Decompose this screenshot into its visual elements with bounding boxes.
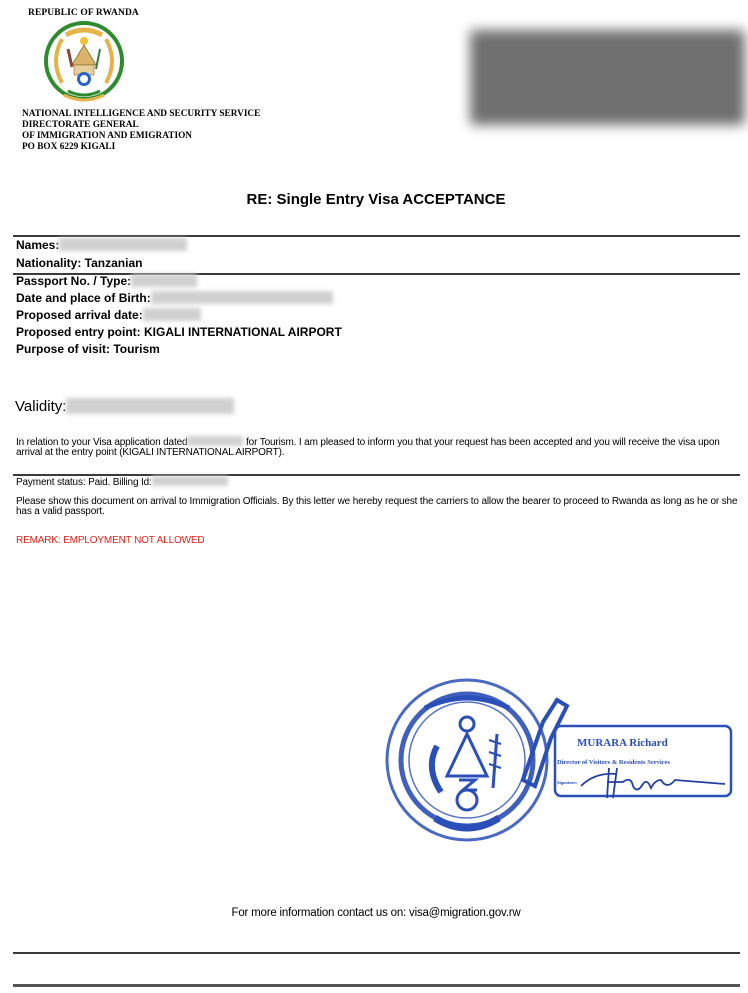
official-stamp-icon: MURARA Richard Director of Visitors & Re… [385, 668, 745, 858]
stamp-signature-label: Signature: [557, 780, 578, 785]
stamp-name: MURARA Richard [577, 737, 668, 749]
field-entry-point: Proposed entry point: KIGALI INTERNATION… [16, 324, 342, 340]
validity: Validity: [15, 398, 234, 415]
payment-text: Payment status: Paid. Billing Id: [16, 477, 152, 488]
payment-status: Payment status: Paid. Billing Id: [16, 478, 740, 488]
divider [13, 474, 740, 476]
rwanda-coat-of-arms-icon [40, 19, 128, 105]
field-label: Passport No. / Type: [16, 274, 131, 288]
acceptance-paragraph: In relation to your Visa application dat… [16, 438, 740, 458]
letter-title: RE: Single Entry Visa ACCEPTANCE [0, 191, 748, 208]
instructions-paragraph: Please show this document on arrival to … [16, 497, 740, 517]
agency-address: NATIONAL INTELLIGENCE AND SECURITY SERVI… [22, 109, 260, 153]
redacted-value [59, 238, 187, 251]
field-label: Proposed arrival date: [16, 308, 143, 322]
redacted-value [131, 274, 197, 287]
field-nationality: Nationality: Tanzanian [16, 255, 142, 271]
redacted-value [143, 308, 201, 321]
agency-line: OF IMMIGRATION AND EMIGRATION [22, 131, 260, 142]
field-purpose: Purpose of visit: Tourism [16, 341, 160, 357]
field-label: Nationality: Tanzanian [16, 256, 142, 270]
field-label: Purpose of visit: Tourism [16, 342, 160, 356]
footer-divider [13, 984, 740, 987]
field-birth: Date and place of Birth: [16, 290, 333, 306]
field-label: Names: [16, 238, 59, 252]
redacted-value [66, 398, 234, 414]
country-heading: REPUBLIC OF RWANDA [28, 8, 139, 18]
field-passport: Passport No. / Type: [16, 273, 197, 289]
field-names: Names: [16, 237, 187, 253]
remark: REMARK: EMPLOYMENT NOT ALLOWED [16, 535, 205, 546]
agency-line: PO BOX 6229 KIGALI [22, 142, 260, 153]
agency-line: NATIONAL INTELLIGENCE AND SECURITY SERVI… [22, 109, 260, 120]
redacted-date [187, 436, 243, 446]
field-arrival-date: Proposed arrival date: [16, 307, 201, 323]
field-label: Date and place of Birth: [16, 291, 151, 305]
redacted-value [151, 291, 333, 304]
agency-line: DIRECTORATE GENERAL [22, 120, 260, 131]
contact-info: For more information contact us on: visa… [0, 907, 748, 919]
stamp-title: Director of Visitors & Residents Service… [557, 759, 670, 766]
validity-label: Validity: [15, 398, 66, 415]
redacted-billing-id [152, 476, 228, 486]
redacted-photo [470, 30, 745, 125]
footer-divider [13, 952, 740, 954]
field-label: Proposed entry point: KIGALI INTERNATION… [16, 325, 342, 339]
